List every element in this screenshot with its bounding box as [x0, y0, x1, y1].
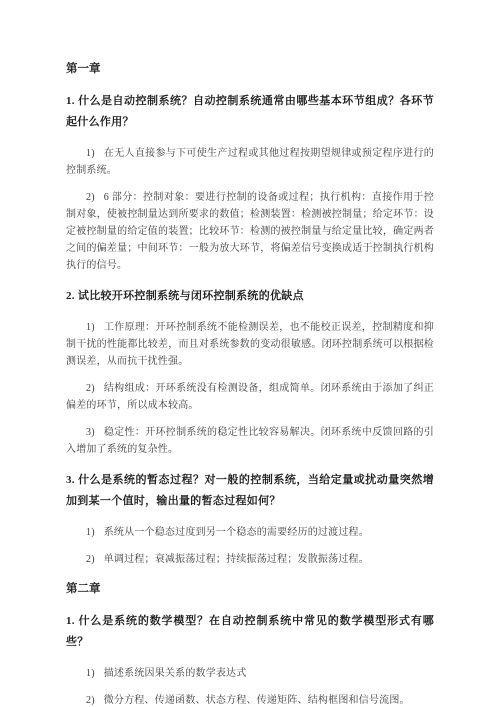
answer-number: 2): [86, 695, 95, 706]
question-heading: 1. 什么是自动控制系统？自动控制系统通常由哪些基本环节组成？各环节起什么作用？: [66, 91, 434, 133]
answer-text: 在无人直接参与下可使生产过程或其他过程按期望规律或预定程序进行的控制系统。: [66, 148, 434, 176]
answer-number: 2): [86, 192, 95, 203]
answer-item: 1)描述系统因果关系的数学表达式: [66, 665, 434, 682]
question-heading: 1. 什么是系统的数学模型？在自动控制系统中常见的数学模型形式有哪些？: [66, 611, 434, 653]
answer-number: 1): [86, 668, 95, 679]
chapter-heading: 第一章: [66, 60, 434, 79]
answer-number: 1): [86, 148, 95, 159]
document-page: 第一章 1. 什么是自动控制系统？自动控制系统通常由哪些基本环节组成？各环节起什…: [0, 0, 500, 707]
answer-item: 2)6 部分：控制对象：要进行控制的设备或过程；执行机构：直接作用于控制对象，使…: [66, 189, 434, 274]
answer-number: 1): [86, 527, 95, 538]
answer-number: 2): [86, 383, 95, 394]
question-heading: 3. 什么是系统的暂态过程？对一般的控制系统，当给定量或扰动量突然增加到某一个值…: [66, 470, 434, 512]
answer-item: 1)系统从一个稳态过度到另一个稳态的需要经历的过渡过程。: [66, 524, 434, 541]
question-heading: 2. 试比较开环控制系统与闭环控制系统的优缺点: [66, 286, 434, 307]
answer-number: 1): [86, 322, 95, 333]
answer-number: 2): [86, 554, 95, 565]
answer-number: 3): [86, 427, 95, 438]
answer-item: 2)微分方程、传递函数、状态方程、传递矩阵、结构框图和信号流图。: [66, 692, 434, 707]
chapter-heading: 第二章: [66, 580, 434, 599]
answer-text: 系统从一个稳态过度到另一个稳态的需要经历的过渡过程。: [104, 527, 369, 538]
answer-text: 描述系统因果关系的数学表达式: [104, 668, 247, 679]
answer-item: 3)稳定性：开环控制系统的稳定性比较容易解决。闭环系统中反馈回路的引入增加了系统…: [66, 424, 434, 458]
answer-item: 2)结构组成：开环系统没有检测设备，组成简单。闭环系统由于添加了纠正偏差的环节，…: [66, 380, 434, 414]
answer-text: 单调过程；衰减振荡过程；持续振荡过程；发散振荡过程。: [104, 554, 369, 565]
answer-text: 稳定性：开环控制系统的稳定性比较容易解决。闭环系统中反馈回路的引入增加了系统的复…: [66, 427, 434, 455]
answer-text: 结构组成：开环系统没有检测设备，组成简单。闭环系统由于添加了纠正偏差的环节，所以…: [66, 383, 434, 411]
answer-text: 工作原理：开环控制系统不能检测误差，也不能校正误差，控制精度和抑制干扰的性能都比…: [66, 322, 434, 367]
answer-item: 2)单调过程；衰减振荡过程；持续振荡过程；发散振荡过程。: [66, 551, 434, 568]
answer-text: 微分方程、传递函数、状态方程、传递矩阵、结构框图和信号流图。: [104, 695, 410, 706]
answer-item: 1)在无人直接参与下可使生产过程或其他过程按期望规律或预定程序进行的控制系统。: [66, 145, 434, 179]
answer-item: 1)工作原理：开环控制系统不能检测误差，也不能校正误差，控制精度和抑制干扰的性能…: [66, 319, 434, 370]
answer-text: 6 部分：控制对象：要进行控制的设备或过程；执行机构：直接作用于控制对象，使被控…: [66, 192, 434, 271]
